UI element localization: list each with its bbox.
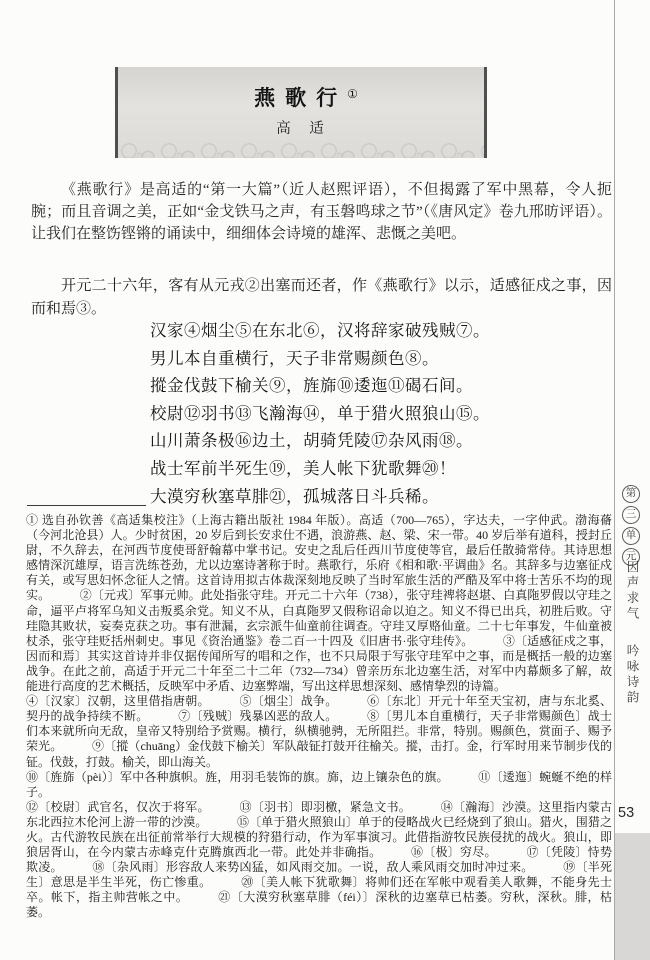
footnote-5: ⑤〔烟尘〕战争。	[239, 694, 337, 708]
title-footnote-marker: ①	[347, 87, 358, 101]
footnote-group: ⑩〔旌旆（pèi）〕军中各种旗帜。旌，用羽毛装饰的旗。旆，边上镶杂色的旗。 ⑪〔…	[26, 770, 612, 800]
title-banner: 燕歌行① 高 适	[115, 67, 487, 158]
footnote-divider	[27, 505, 146, 506]
motto-line-1: 因声求气	[625, 560, 639, 622]
footnote-9: ⑨〔摐（chuāng）金伐鼓下榆关〕军队敲钲打鼓开往榆关。摐，击打。金，行军时用…	[26, 739, 612, 768]
preface-paragraph: 开元二十六年，客有从元戎②出塞而还者，作《燕歌行》以示，适感征戍之事，因而和焉③…	[31, 275, 612, 321]
footnote-group: ⑫〔校尉〕武官名，仅次于将军。 ⑬〔羽书〕即羽檄，紧急文书。 ⑭〔瀚海〕沙漠。这…	[26, 800, 612, 921]
poem-line: 大漠穷秋塞草腓㉑，孤城落日斗兵稀。	[150, 483, 490, 511]
unit-badge-char: 三	[622, 506, 640, 524]
textbook-page: 燕歌行① 高 适 《燕歌行》是高适的“第一大篇”（近人赵熙评语），不但揭露了军中…	[0, 0, 650, 960]
intro-paragraph: 《燕歌行》是高适的“第一大篇”（近人赵熙评语），不但揭露了军中黑幕，令人扼腕；而…	[31, 179, 612, 245]
poem-title-text: 燕歌行	[254, 86, 347, 110]
poem-line: 男儿本自重横行，天子非常赐颜色⑧。	[150, 345, 490, 373]
footnote-12: ⑫〔校尉〕武官名，仅次于将军。	[26, 800, 210, 814]
footnotes-block: ① 选自孙钦善《高适集校注》（上海古籍出版社 1984 年版）。高适（700—7…	[26, 513, 612, 921]
footnote-18: ⑱〔杂风雨〕形容敌人来势凶猛，如风雨交加。一说，敌人乘风雨交加时冲过来。	[92, 860, 533, 874]
footnote-16: ⑯〔极〕穷尽。	[411, 845, 497, 859]
page-edge-gray-block	[615, 833, 650, 960]
unit-badge-char: 第	[622, 485, 640, 503]
poem-line: 山川萧条极⑯边土，胡骑凭陵⑰杂风雨⑱。	[150, 427, 490, 455]
poem-line: 汉家④烟尘⑤在东北⑥，汉将辞家破残贼⑦。	[150, 317, 490, 345]
poem-line: 校尉⑫羽书⑬飞瀚海⑭，单于猎火照狼山⑮。	[150, 400, 490, 428]
page-number: 53	[618, 805, 634, 821]
sidebar-divider-line	[614, 0, 615, 960]
poem-line: 摐金伐鼓下榆关⑨，旌旆⑩逶迤⑪碣石间。	[150, 372, 490, 400]
footnote-4: ④〔汉家〕汉朝，这里借指唐朝。	[26, 694, 210, 708]
footnote-group: ① 选自孙钦善《高适集校注》（上海古籍出版社 1984 年版）。高适（700—7…	[26, 513, 612, 694]
motto-line-2: 吟咏诗韵	[625, 644, 639, 706]
sidebar-unit-motto: 因声求气 吟咏诗韵	[623, 560, 641, 780]
footnote-7: ⑦〔残贼〕残暴凶恶的敌人。	[178, 709, 337, 723]
unit-badge-char: 单	[622, 527, 640, 545]
unit-badge: 第 三 单 元	[621, 485, 641, 566]
footnote-13: ⑬〔羽书〕即羽檄，紧急文书。	[239, 800, 411, 814]
poem-line: 战士军前半死生⑲，美人帐下犹歌舞⑳！	[150, 455, 490, 483]
footnote-group: ④〔汉家〕汉朝，这里借指唐朝。 ⑤〔烟尘〕战争。 ⑥〔东北〕开元十年至天宝初，唐…	[26, 694, 612, 769]
footnote-10: ⑩〔旌旆（pèi）〕军中各种旗帜。旌，用羽毛装饰的旗。旆，边上镶杂色的旗。	[26, 770, 449, 784]
poem-author: 高 适	[118, 117, 484, 138]
poem-title: 燕歌行①	[118, 82, 484, 112]
poem-body: 汉家④烟尘⑤在东北⑥，汉将辞家破残贼⑦。 男儿本自重横行，天子非常赐颜色⑧。 摐…	[150, 317, 490, 510]
